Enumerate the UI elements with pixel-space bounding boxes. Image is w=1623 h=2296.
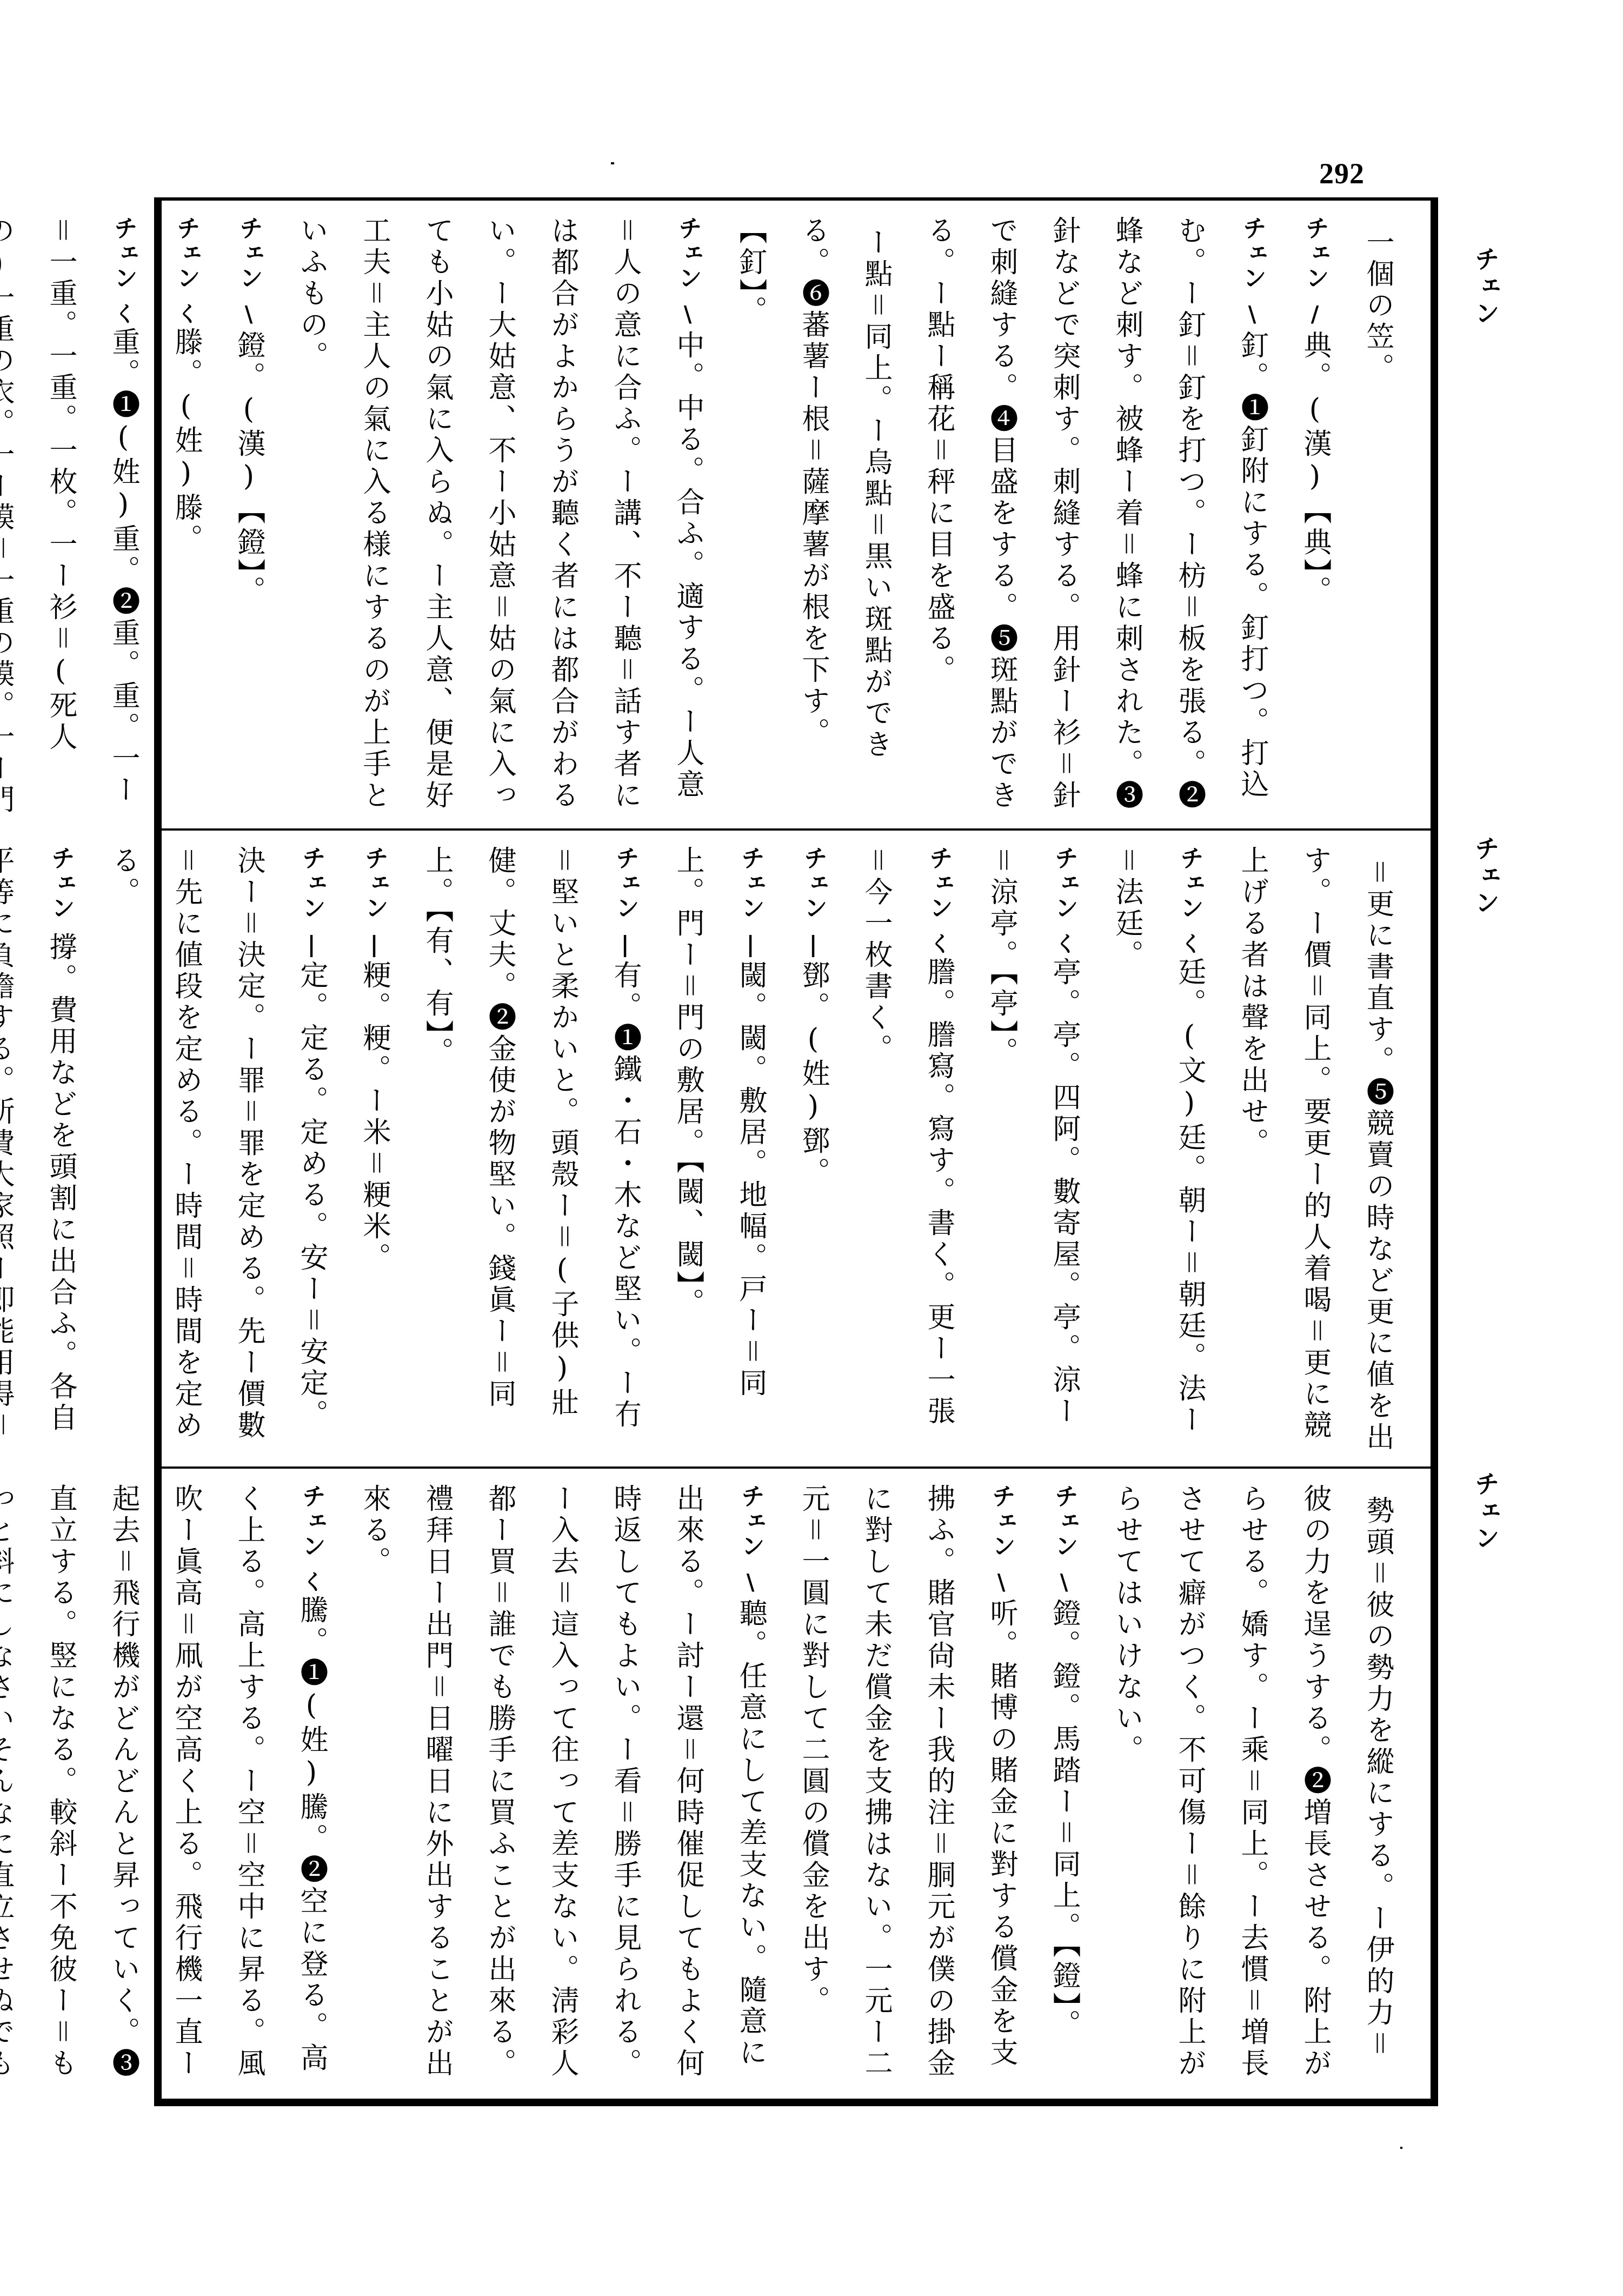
entry-definition: 勢頭＝彼の勢力を縱にする。ー伊的力＝彼の力を逞うする。❷増長させる。附上がらせる… bbox=[1110, 1484, 1394, 2080]
entry-headword: チェン bbox=[737, 846, 764, 920]
tone-mark: \ bbox=[236, 302, 261, 330]
running-head-middle: チェン bbox=[1468, 835, 1504, 917]
tone-mark: | bbox=[613, 932, 637, 960]
entry-definition: ー點＝同上。ー烏點＝黒い斑點ができる。❻蕃薯ー根＝薩摩薯が根を下す。【釘】。 bbox=[734, 216, 892, 761]
page-frame: 一個の笠。 チェン/典。(漢)【典】。 チェン\釘。❶釘附にする。釘打つ。打込む… bbox=[154, 197, 1438, 2106]
tone-mark: \ bbox=[989, 1570, 1014, 1598]
entry-definition: 聽。任意にして差支ない。隨意に出來る。ー討ー還＝何時催促してもよく何時返してもよ… bbox=[358, 1484, 767, 2080]
entry-headword: チェン bbox=[298, 1484, 325, 1558]
dictionary-entry: チェン|有。❶鐵・石・木など堅い。ー冇＝堅いと柔かいと。頭殼ー＝(子供)壯健。丈… bbox=[405, 846, 656, 1456]
dictionary-entry: チェンく亭。亭。四阿。數寄屋。亭。涼ー＝涼亭。【亭】。 bbox=[970, 846, 1095, 1456]
dictionary-entry: チェンく重。❶(姓)重。❷重。重。一ー＝一重。一重。一枚。一ー衫＝(死人の)一重… bbox=[0, 216, 155, 818]
tone-mark: \ bbox=[738, 1570, 763, 1598]
entry-definition: 閾。閾。敷居。地幅。戸ー＝同上。門ー＝門の敷居。【閾、閾】。 bbox=[671, 846, 767, 1399]
dictionary-entry: チェン/典。(漢)【典】。 bbox=[1283, 216, 1346, 818]
dictionary-entry: チェン\鐙。(漢)【鐙】。 bbox=[217, 216, 280, 818]
entry-definition: ＝更に書直す。❺競賣の時など更に値を出す。ー價＝同上。要更ー的人着喝＝更に競上げ… bbox=[1236, 846, 1394, 1454]
dictionary-entry: 一個の笠。 bbox=[1346, 216, 1409, 818]
entry-definition: 粳。粳。ー米＝粳米。 bbox=[358, 960, 390, 1274]
entry-definition: 鐙。鐙。馬踏ー＝同上。【鐙】。 bbox=[1048, 1598, 1080, 2041]
entry-headword: チェン bbox=[737, 1484, 764, 1558]
entry-headword: チェン bbox=[235, 216, 263, 290]
tone-mark: く bbox=[111, 302, 136, 327]
entry-definition: 听。賭博の賭金に對する償金を支拂ふ。賭官尙未ー我的注＝胴元が僕の掛金に對して未だ… bbox=[797, 1484, 1017, 2080]
tone-mark: / bbox=[1302, 302, 1327, 330]
tone-mark: | bbox=[738, 932, 763, 960]
page-number: 292 bbox=[1319, 157, 1365, 190]
entry-definition: 一個の笠。 bbox=[1361, 228, 1394, 384]
entry-definition: 釘。❶釘附にする。釘打つ。打込む。ー釘＝釘を打つ。ー枋＝板を張る。❷蜂など刺す。… bbox=[922, 216, 1268, 812]
tone-mark: | bbox=[299, 932, 324, 960]
entry-headword: チェン bbox=[47, 846, 75, 920]
dictionary-band-top: 一個の笠。 チェン/典。(漢)【典】。 チェン\釘。❶釘附にする。釘打つ。打込む… bbox=[162, 201, 1431, 831]
entry-headword: チェン bbox=[1050, 1484, 1078, 1558]
entry-definition: 鄧。(姓)鄧。 bbox=[797, 960, 829, 1189]
dictionary-entry: チェン|鄧。(姓)鄧。 bbox=[782, 846, 844, 1456]
running-head-bottom: チェン bbox=[1468, 1471, 1504, 1552]
entry-definition: 有。❶鐵・石・木など堅い。ー冇＝堅いと柔かいと。頭殼ー＝(子供)壯健。丈夫。❷金… bbox=[421, 846, 641, 1431]
tone-mark: く bbox=[926, 932, 951, 957]
entry-definition: 撐。費用などを頭割に出合ふ。各自平等に負擔する。所費大家照ー即能用得＝費用は皆で… bbox=[0, 846, 77, 1442]
dictionary-entry: 勢頭＝彼の勢力を縱にする。ー伊的力＝彼の力を逞うする。❷増長させる。附上がらせる… bbox=[1095, 1484, 1409, 2085]
tone-mark: \ bbox=[675, 302, 700, 330]
running-head-top: チェン bbox=[1468, 246, 1504, 327]
dictionary-entry: チェンく騰。❶(姓)騰。❷空に登る。高く上る。高上する。ー空＝空中に昇る。風吹ー… bbox=[0, 1484, 343, 2085]
dictionary-entry: チェン|閾。閾。敷居。地幅。戸ー＝同上。門ー＝門の敷居。【閾、閾】。 bbox=[656, 846, 782, 1456]
entry-definition: 中。中る。合ふ。適する。ー人意＝人の意に合ふ。ー講、不ー聽＝話す者には都合がよか… bbox=[295, 216, 704, 812]
dictionary-band-bottom: 勢頭＝彼の勢力を縱にする。ー伊的力＝彼の力を逞うする。❷増長させる。附上がらせる… bbox=[162, 1469, 1431, 2096]
entry-headword: チェン bbox=[298, 846, 325, 920]
dictionary-entry: ＝更に書直す。❺競賣の時など更に値を出す。ー價＝同上。要更ー的人着喝＝更に競上げ… bbox=[1221, 846, 1409, 1456]
scan-speck bbox=[611, 162, 614, 164]
entry-headword: チェン bbox=[172, 216, 200, 290]
entry-definition: 鐙。(漢)【鐙】。 bbox=[232, 330, 265, 607]
dictionary-entry: チェン\中。中る。合ふ。適する。ー人意＝人の意に合ふ。ー講、不ー聽＝話す者には都… bbox=[280, 216, 719, 818]
scan-speck bbox=[1400, 2147, 1402, 2149]
entry-definition: 定。定る。定める。安ー＝安定。決ー＝決定。ー罪＝罪を定める。先ー價數＝先に値段を… bbox=[107, 846, 328, 1442]
entry-headword: チェン bbox=[925, 846, 953, 920]
entry-headword: チェン bbox=[611, 846, 639, 920]
entry-definition: 典。(漢)【典】。 bbox=[1299, 330, 1331, 607]
dictionary-entry: チェン|定。定る。定める。安ー＝安定。決ー＝決定。ー罪＝罪を定める。先ー價數＝先… bbox=[92, 846, 343, 1456]
tone-mark: \ bbox=[1240, 302, 1265, 330]
entry-headword: チェン bbox=[1176, 846, 1203, 920]
tone-mark: く bbox=[174, 302, 198, 327]
entry-headword: チェン bbox=[800, 846, 827, 920]
dictionary-entry: チェンく廷。(文)廷。朝ー＝朝廷。法ー＝法廷。 bbox=[1095, 846, 1221, 1456]
dictionary-entry: チェンく謄。謄寫。寫す。書く。更ー一張＝今一枚書く。 bbox=[844, 846, 970, 1456]
dictionary-entry: チェン\鐙。鐙。馬踏ー＝同上。【鐙】。 bbox=[1033, 1484, 1095, 2085]
entry-headword: チェン bbox=[1239, 216, 1266, 290]
tone-mark: く bbox=[299, 1570, 324, 1595]
entry-headword: チェン bbox=[361, 846, 388, 920]
dictionary-entry: チェン\聽。任意にして差支ない。隨意に出來る。ー討ー還＝何時催促してもよく何時返… bbox=[343, 1484, 782, 2085]
entry-headword: チェン bbox=[1301, 216, 1329, 290]
entry-headword: チェン bbox=[1050, 846, 1078, 920]
dictionary-entry: ー點＝同上。ー烏點＝黒い斑點ができる。❻蕃薯ー根＝薩摩薯が根を下す。【釘】。 bbox=[719, 216, 907, 818]
entry-headword: チェン bbox=[110, 216, 137, 290]
dictionary-entry: チェンく滕。(姓)滕。 bbox=[155, 216, 217, 818]
dictionary-entry: チェン撐。費用などを頭割に出合ふ。各自平等に負擔する。所費大家照ー即能用得＝費用… bbox=[0, 846, 92, 1456]
entry-headword: チェン bbox=[988, 1484, 1015, 1558]
entry-definition: 騰。❶(姓)騰。❷空に登る。高く上る。高上する。ー空＝空中に昇る。風吹ー眞高＝凧… bbox=[0, 1484, 328, 2080]
dictionary-entry: チェン|粳。粳。ー米＝粳米。 bbox=[343, 846, 405, 1456]
tone-mark: く bbox=[1177, 932, 1202, 957]
dictionary-entry: チェン\釘。❶釘附にする。釘打つ。打込む。ー釘＝釘を打つ。ー枋＝板を張る。❷蜂な… bbox=[907, 216, 1283, 818]
dictionary-entry: チェン\听。賭博の賭金に對する償金を支拂ふ。賭官尙未ー我的注＝胴元が僕の掛金に對… bbox=[782, 1484, 1033, 2085]
dictionary-band-middle: ＝更に書直す。❺競賣の時など更に値を出す。ー價＝同上。要更ー的人着喝＝更に競上げ… bbox=[162, 831, 1431, 1469]
tone-mark: | bbox=[362, 932, 387, 960]
tone-mark: | bbox=[801, 932, 826, 960]
tone-mark: く bbox=[1052, 932, 1076, 957]
tone-mark: \ bbox=[1052, 1570, 1076, 1598]
entry-definition: 滕。(姓)滕。 bbox=[170, 327, 202, 555]
entry-headword: チェン bbox=[674, 216, 702, 290]
